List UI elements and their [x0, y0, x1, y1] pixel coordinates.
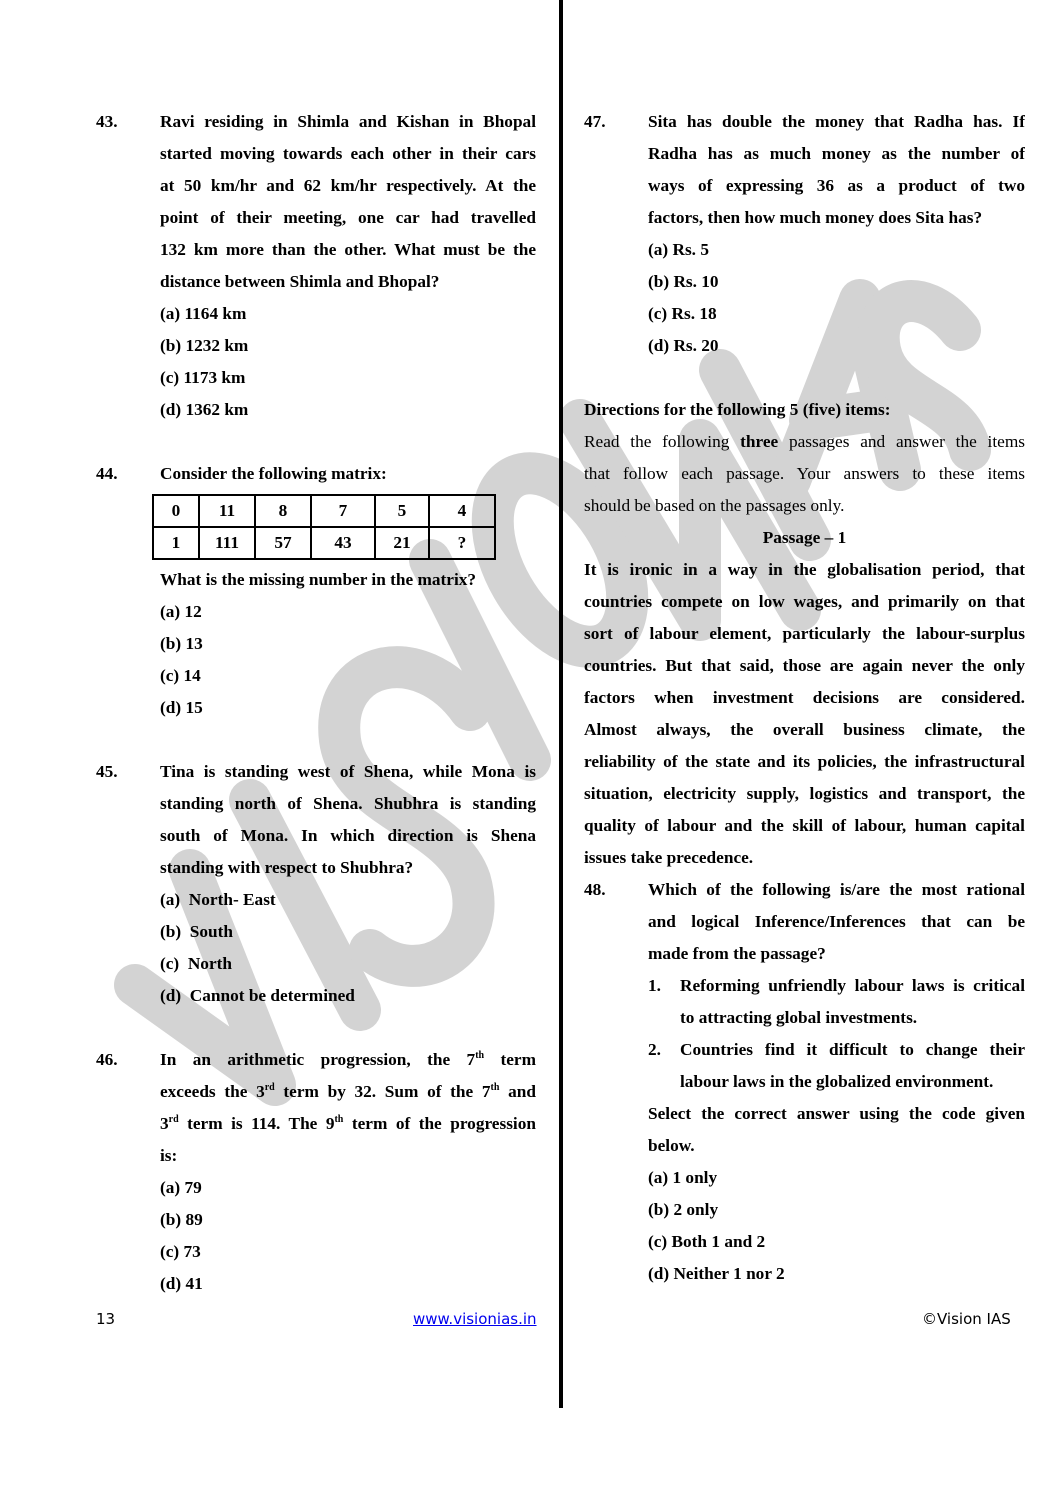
option-a: (a) North- East [160, 884, 536, 916]
statement-text: Reforming unfriendly labour laws is crit… [680, 970, 1025, 1002]
question-text: 3rd term is 114. The 9th term of the pro… [160, 1108, 536, 1140]
question-text: distance between Shimla and Bhopal? [160, 266, 536, 298]
question-text: Tina is standing west of Shena, while Mo… [160, 756, 536, 788]
question-text: made from the passage? [648, 938, 1025, 970]
matrix-cell: 111 [199, 527, 255, 559]
passage-text: sort of labour element, particularly the… [584, 618, 1025, 650]
passage-text: situation, electricity supply, logistics… [584, 778, 1025, 810]
passage-text: issues take precedence. [584, 842, 1025, 874]
option-a: (a) 1164 km [160, 298, 536, 330]
website-link[interactable]: www.visionias.in [413, 1310, 537, 1328]
matrix-cell: 11 [199, 495, 255, 527]
matrix-cell: 8 [255, 495, 311, 527]
directions-text: that follow each passage. Your answers t… [584, 458, 1025, 490]
passage-text: factors when investment decisions are co… [584, 682, 1025, 714]
question-text: Ravi residing in Shimla and Kishan in Bh… [160, 106, 536, 138]
question-48: 48. Which of the following is/are the mo… [584, 874, 1025, 1290]
option-d: (d) Neither 1 nor 2 [648, 1258, 1025, 1290]
option-c: (c) Both 1 and 2 [648, 1226, 1025, 1258]
option-d: (d) 41 [160, 1268, 536, 1300]
statement-number: 1. [648, 970, 680, 1002]
column-divider [559, 0, 563, 1408]
option-b: (b) 1232 km [160, 330, 536, 362]
question-43: 43. Ravi residing in Shimla and Kishan i… [96, 106, 536, 426]
passage-text: quality of labour and the skill of labou… [584, 810, 1025, 842]
passage-text: Almost always, the overall business clim… [584, 714, 1025, 746]
option-a: (a) 12 [160, 596, 536, 628]
question-text: is: [160, 1140, 536, 1172]
matrix-cell: 43 [311, 527, 375, 559]
matrix-cell: 5 [375, 495, 429, 527]
question-number: 44. [96, 458, 118, 490]
statement-text: Countries find it difficult to change th… [680, 1034, 1025, 1066]
statement-text: to attracting global investments. [680, 1002, 1025, 1034]
option-b: (b) 2 only [648, 1194, 1025, 1226]
question-text: factors, then how much money does Sita h… [648, 202, 1025, 234]
instruction-text: Select the correct answer using the code… [648, 1098, 1025, 1130]
option-d: (d) 1362 km [160, 394, 536, 426]
passage-text: It is ironic in a way in the globalisati… [584, 554, 1025, 586]
matrix-cell: 7 [311, 495, 375, 527]
passage-text: countries compete on low wages, and prim… [584, 586, 1025, 618]
question-text: Sita has double the money that Radha has… [648, 106, 1025, 138]
copyright-text: ©Vision IAS [922, 1310, 1011, 1328]
question-text: In an arithmetic progression, the 7th te… [160, 1044, 536, 1076]
statement-1: 1. Reforming unfriendly labour laws is c… [648, 970, 1025, 1034]
option-a: (a) Rs. 5 [648, 234, 1025, 266]
question-text: standing with respect to Shubhra? [160, 852, 536, 884]
question-text: at 50 km/hr and 62 km/hr respectively. A… [160, 170, 536, 202]
instruction-text: below. [648, 1130, 1025, 1162]
question-number: 43. [96, 106, 118, 138]
option-c: (c) North [160, 948, 536, 980]
matrix-cell: ? [429, 527, 495, 559]
option-b: (b) South [160, 916, 536, 948]
question-text: point of their meeting, one car had trav… [160, 202, 536, 234]
matrix-row: 1 111 57 43 21 ? [153, 527, 495, 559]
option-a: (a) 79 [160, 1172, 536, 1204]
passage-title: Passage – 1 [584, 522, 1025, 554]
matrix-cell: 21 [375, 527, 429, 559]
directions-text: Read the following three passages and an… [584, 426, 1025, 458]
matrix-cell: 1 [153, 527, 199, 559]
directions-text: should be based on the passages only. [584, 490, 1025, 522]
question-text: Consider the following matrix: [160, 458, 536, 490]
statement-number: 2. [648, 1034, 680, 1066]
statement-text: labour laws in the globalized environmen… [680, 1066, 1025, 1098]
matrix-cell: 57 [255, 527, 311, 559]
directions-heading: Directions for the following 5 (five) it… [584, 394, 1025, 426]
question-text: Radha has as much money as the number of [648, 138, 1025, 170]
number-matrix: 0 11 8 7 5 4 1 111 57 43 21 ? [152, 494, 496, 560]
question-45: 45. Tina is standing west of Shena, whil… [96, 756, 536, 1012]
question-text: and logical Inference/Inferences that ca… [648, 906, 1025, 938]
question-number: 46. [96, 1044, 118, 1076]
option-c: (c) Rs. 18 [648, 298, 1025, 330]
question-text: standing north of Shena. Shubhra is stan… [160, 788, 536, 820]
question-44: 44. Consider the following matrix: 0 11 … [96, 458, 536, 724]
passage-text: countries. But that said, those are agai… [584, 650, 1025, 682]
question-number: 45. [96, 756, 118, 788]
question-text: exceeds the 3rd term by 32. Sum of the 7… [160, 1076, 536, 1108]
question-number: 48. [584, 874, 606, 906]
option-b: (b) Rs. 10 [648, 266, 1025, 298]
page-number: 13 [96, 1310, 115, 1328]
option-d: (d) Rs. 20 [648, 330, 1025, 362]
question-text: What is the missing number in the matrix… [160, 564, 536, 596]
option-a: (a) 1 only [648, 1162, 1025, 1194]
option-c: (c) 14 [160, 660, 536, 692]
matrix-cell: 0 [153, 495, 199, 527]
option-b: (b) 13 [160, 628, 536, 660]
question-text: south of Mona. In which direction is She… [160, 820, 536, 852]
passage-block: Passage – 1 It is ironic in a way in the… [584, 522, 1025, 874]
option-d: (d) Cannot be determined [160, 980, 536, 1012]
statement-2: 2. Countries find it difficult to change… [648, 1034, 1025, 1098]
option-b: (b) 89 [160, 1204, 536, 1236]
option-c: (c) 73 [160, 1236, 536, 1268]
passage-text: reliability of the state and its policie… [584, 746, 1025, 778]
question-47: 47. Sita has double the money that Radha… [584, 106, 1025, 362]
matrix-cell: 4 [429, 495, 495, 527]
question-text: ways of expressing 36 as a product of tw… [648, 170, 1025, 202]
question-number: 47. [584, 106, 606, 138]
question-text: started moving towards each other in the… [160, 138, 536, 170]
question-text: Which of the following is/are the most r… [648, 874, 1025, 906]
option-c: (c) 1173 km [160, 362, 536, 394]
question-text: 132 km more than the other. What must be… [160, 234, 536, 266]
right-column: 47. Sita has double the money that Radha… [584, 106, 1025, 1290]
matrix-row: 0 11 8 7 5 4 [153, 495, 495, 527]
directions-block: Directions for the following 5 (five) it… [584, 394, 1025, 522]
option-d: (d) 15 [160, 692, 536, 724]
question-46: 46. In an arithmetic progression, the 7t… [96, 1044, 536, 1300]
left-column: 43. Ravi residing in Shimla and Kishan i… [96, 106, 536, 1300]
